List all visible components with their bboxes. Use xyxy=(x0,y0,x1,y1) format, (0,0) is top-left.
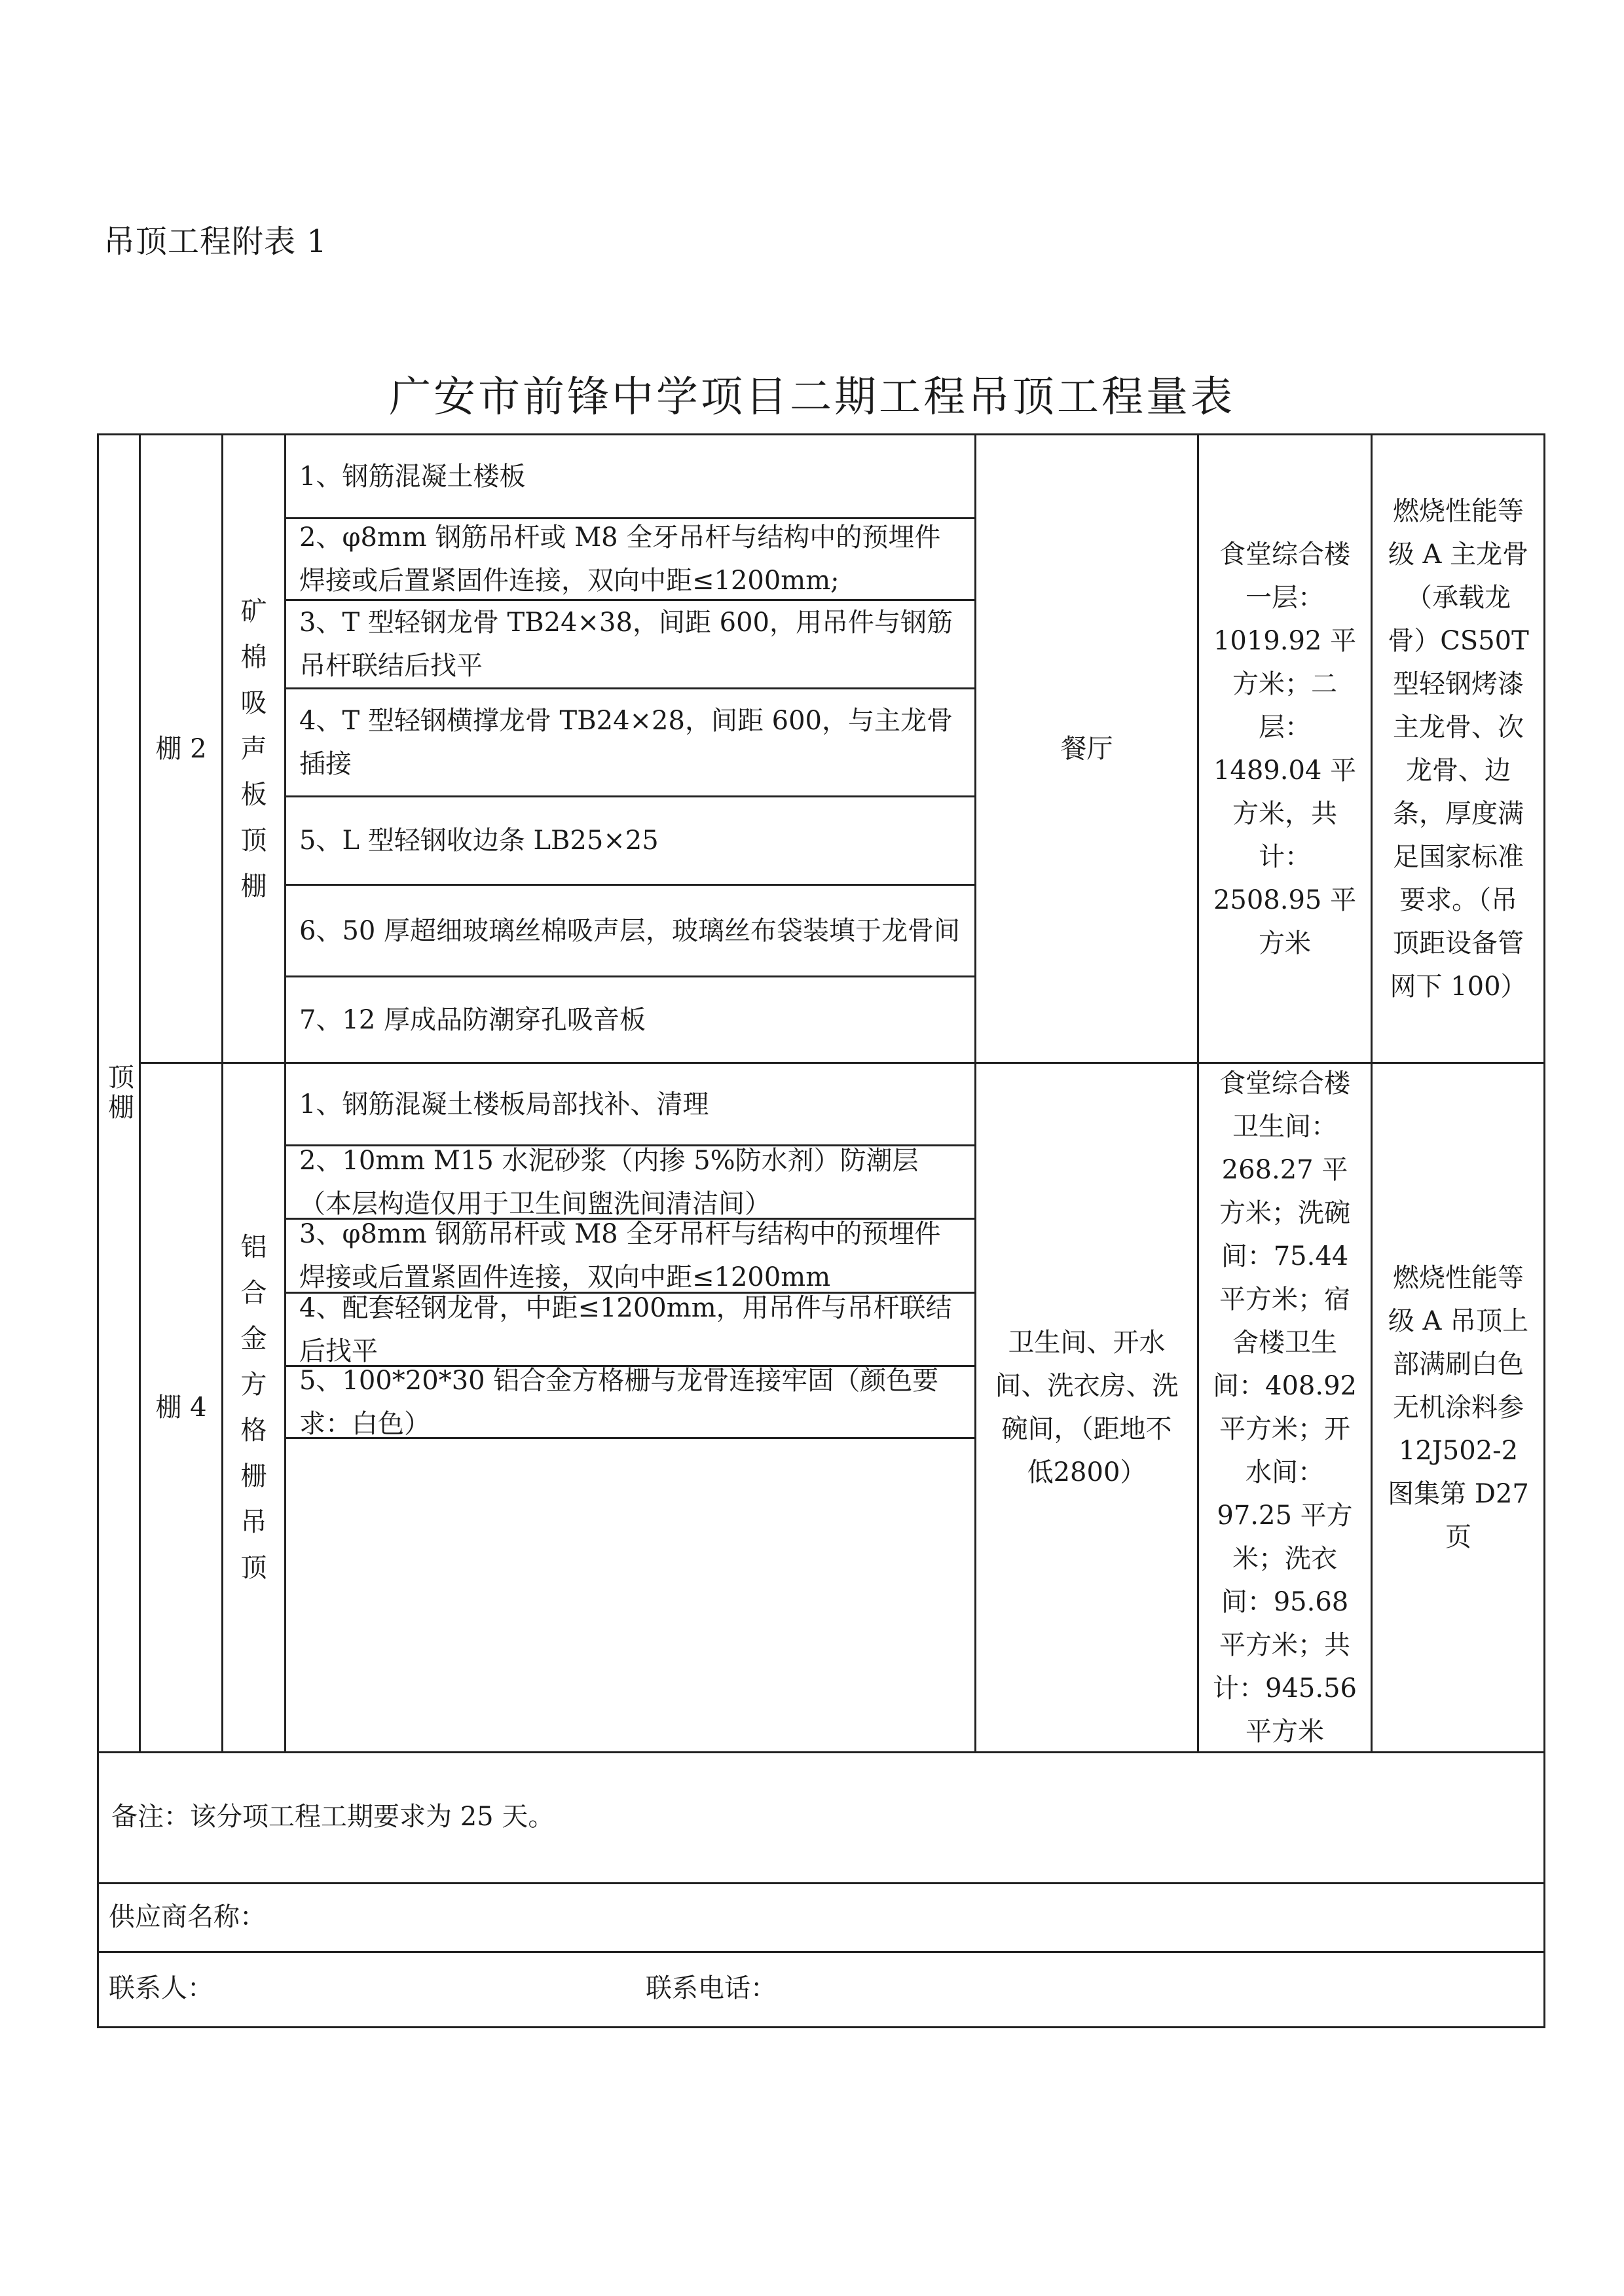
page-title: 广安市前锋中学项目二期工程吊顶工程量表 xyxy=(0,363,1624,424)
spec-item: 2、10mm M15 水泥砂浆（内掺 5%防水剂）防潮层（本层构造仅用于卫生间盥… xyxy=(286,1146,974,1218)
location-cell: 餐厅 xyxy=(976,435,1197,1062)
section-name-cell: 矿 棉 吸 声 板 顶 棚 xyxy=(223,435,284,1062)
schedule-remark: 备注：该分项工程工期要求为 25 天。 xyxy=(111,1800,554,1833)
location-cell: 卫生间、开水间、洗衣房、洗碗间，（距地不低2800） xyxy=(976,1064,1197,1751)
section-name-char: 声 xyxy=(241,726,267,772)
section-name-char: 方 xyxy=(241,1362,267,1408)
section-name-char: 矿 xyxy=(241,589,267,634)
remark-cell: 燃烧性能等级 A 吊顶上部满刷白色无机涂料参 12J502-2 图集第 D27 … xyxy=(1373,1064,1544,1751)
row-divider xyxy=(97,1951,1545,1953)
spec-item: 5、100*20*30 铝合金方格栅与龙骨连接牢固（颜色要求：白色） xyxy=(286,1367,974,1437)
spec-item: 1、钢筋混凝土楼板局部找补、清理 xyxy=(286,1064,974,1144)
contact-person-label: 联系人： xyxy=(109,1972,213,2005)
supplier-name-label: 供应商名称： xyxy=(109,1901,266,1933)
contact-person-field[interactable] xyxy=(216,1972,622,2005)
category-label: 顶棚 xyxy=(96,1063,142,1123)
section-name-cell: 铝 合 金 方 格 栅 吊 顶 xyxy=(223,1064,284,1751)
category-cell: 顶棚 xyxy=(99,435,139,1751)
section-name-char: 顶 xyxy=(241,1545,267,1591)
spec-item: 5、L 型轻钢收边条 LB25×25 xyxy=(286,797,974,884)
contact-phone-label: 联系电话： xyxy=(646,1972,777,2005)
spec-item: 6、50 厚超细玻璃丝棉吸声层，玻璃丝布袋装填于龙骨间 xyxy=(286,886,974,975)
spec-item: 3、φ8mm 钢筋吊杆或 M8 全牙吊杆与结构中的预埋件焊接或后置紧固件连接，双… xyxy=(286,1220,974,1292)
spec-item: 4、配套轻钢龙骨，中距≤1200mm，用吊件与吊杆联结后找平 xyxy=(286,1294,974,1365)
section-code: 棚 2 xyxy=(155,726,206,772)
spec-item: 3、T 型轻钢龙骨 TB24×38，间距 600，用吊件与钢筋吊杆联结后找平 xyxy=(286,601,974,687)
spec-item: 7、12 厚成品防潮穿孔吸音板 xyxy=(286,977,974,1062)
section-name-char: 栅 xyxy=(241,1453,267,1499)
section-name-char: 棚 xyxy=(241,864,267,909)
section-name-char: 铝 xyxy=(241,1224,267,1270)
section-name-char: 金 xyxy=(241,1316,267,1362)
section-name-char: 吊 xyxy=(241,1499,267,1545)
contact-phone-field[interactable] xyxy=(786,1972,1519,2005)
spec-item-empty xyxy=(286,1439,974,1751)
spec-item: 2、φ8mm 钢筋吊杆或 M8 全牙吊杆与结构中的预埋件焊接或后置紧固件连接，双… xyxy=(286,519,974,599)
section-code-cell: 棚 4 xyxy=(141,1064,221,1751)
spec-item: 1、钢筋混凝土楼板 xyxy=(286,435,974,517)
section-name-char: 合 xyxy=(241,1270,267,1316)
row-divider xyxy=(97,1882,1545,1884)
area-cell: 食堂综合楼卫生间：268.27 平方米；洗碗间：75.44 平方米；宿舍楼卫生间… xyxy=(1199,1064,1371,1751)
section-name-char: 棉 xyxy=(241,634,267,680)
section-name-char: 吸 xyxy=(241,680,267,726)
section-code-cell: 棚 2 xyxy=(141,435,221,1062)
supplier-name-field[interactable] xyxy=(275,1901,1519,1933)
spec-item: 4、T 型轻钢横撑龙骨 TB24×28，间距 600，与主龙骨插接 xyxy=(286,689,974,795)
section-code: 棚 4 xyxy=(155,1385,206,1430)
section-name-char: 格 xyxy=(241,1408,267,1453)
remark-cell: 燃烧性能等级 A 主龙骨（承载龙骨）CS50T 型轻钢烤漆主龙骨、次龙骨、边条，… xyxy=(1373,435,1544,1062)
appendix-label: 吊顶工程附表 1 xyxy=(103,216,327,261)
area-cell: 食堂综合楼一层：1019.92 平方米；二层：1489.04 平方米，共计：25… xyxy=(1199,435,1371,1062)
section-name-char: 板 xyxy=(241,772,267,818)
section-name-char: 顶 xyxy=(241,818,267,864)
